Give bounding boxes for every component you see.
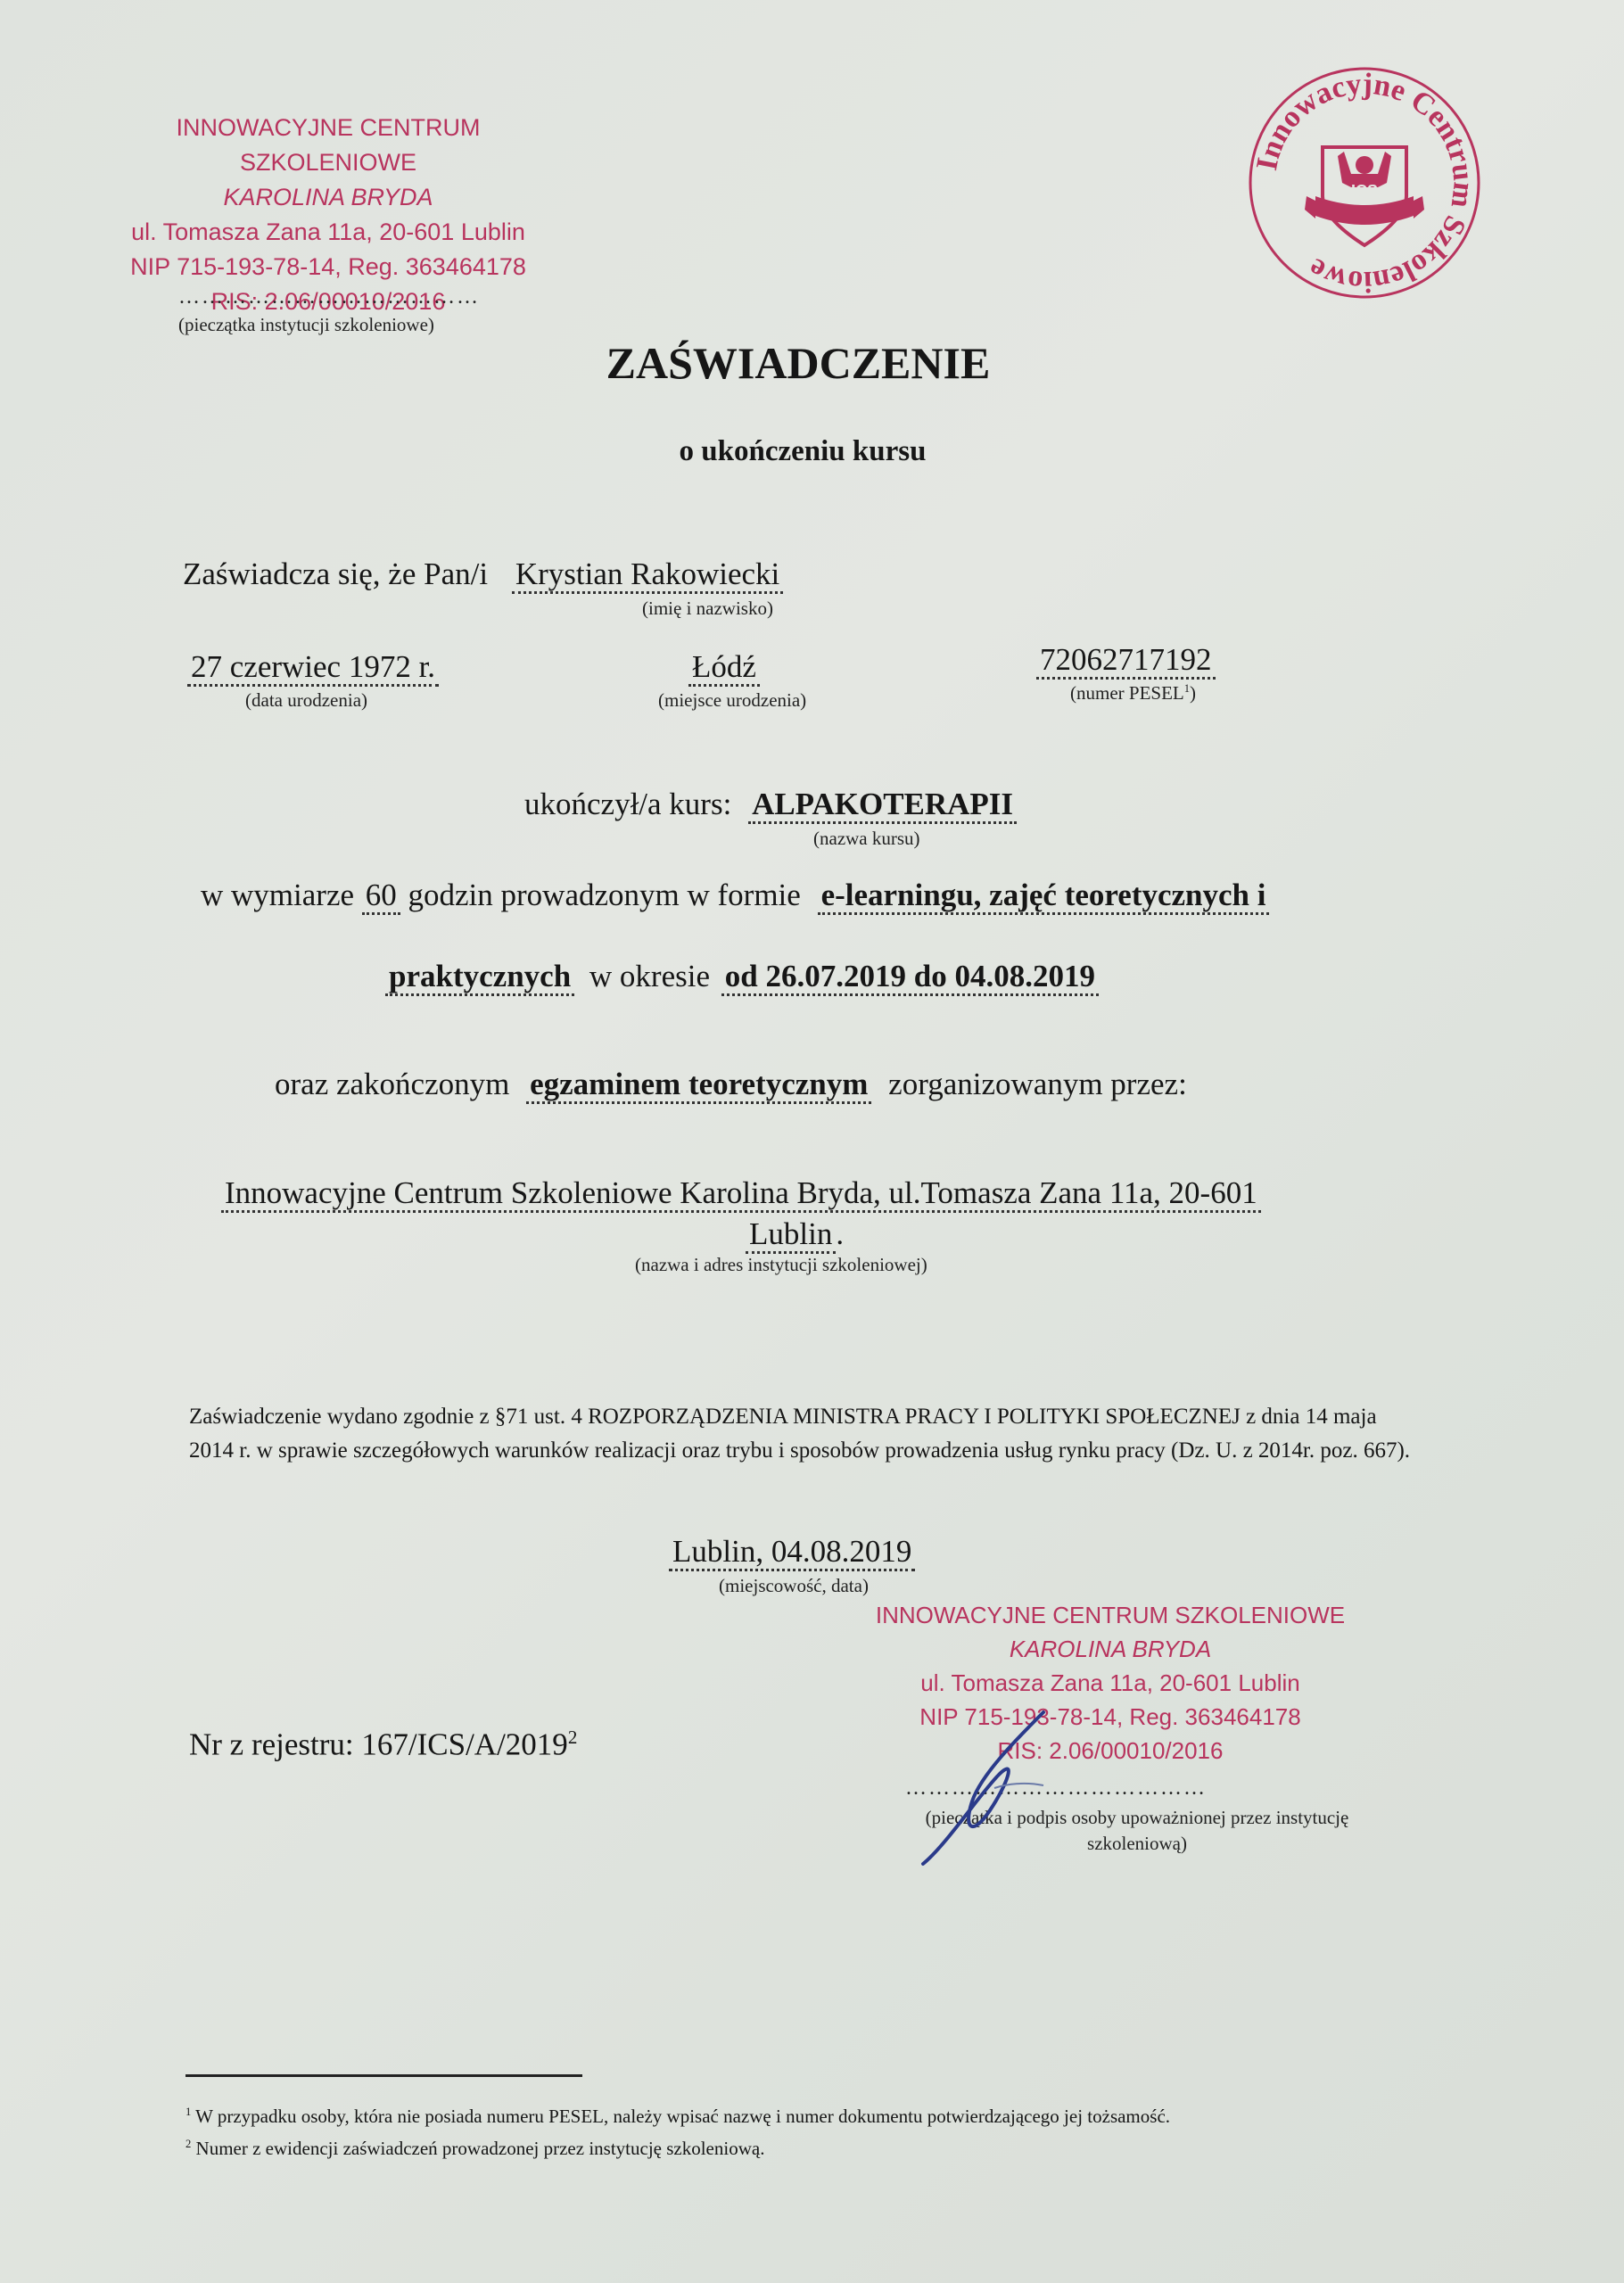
stamp-dotted-line: ………………………………… [178, 285, 480, 309]
footnote-2: 2 Numer z ewidencji zaświadczeń prowadzo… [185, 2128, 764, 2164]
person-name-caption: (imię i nazwisko) [642, 598, 773, 620]
seal-icon: Innowacyjne Centrum Szkoleniowe ICS [1244, 62, 1485, 303]
exam-type: egzaminem teoretycznym [526, 1067, 871, 1104]
place-date-caption: (miejscowość, data) [719, 1575, 869, 1597]
period-line: praktycznych w okresie od 26.07.2019 do … [385, 959, 1099, 994]
hours-form-line: w wymiarze 60 godzin prowadzonym w formi… [201, 878, 1269, 913]
svg-text:ICS: ICS [1351, 182, 1378, 200]
place-date: Lublin, 04.08.2019 [669, 1534, 915, 1570]
pesel-caption: (numer PESEL1) [1070, 682, 1196, 705]
course-period: od 26.07.2019 do 04.08.2019 [721, 959, 1099, 996]
stamp-line-2: KAROLINA BRYDA [96, 180, 560, 215]
intro-text: Zaświadcza się, że Pan/i [183, 556, 488, 591]
pesel-number: 72062717192 [1036, 642, 1216, 678]
stamp-line-4: NIP 715-193-78-14, Reg. 363464178 [96, 250, 560, 284]
person-name: Krystian Rakowiecki [512, 556, 783, 594]
course-hours: 60 [362, 878, 400, 915]
institution-line-2: Lublin. [746, 1216, 844, 1252]
birth-place-caption: (miejsce urodzenia) [658, 689, 806, 712]
footnote-1: 1 W przypadku osoby, która nie posiada n… [185, 2096, 1170, 2132]
course-form-part2: praktycznych [385, 959, 574, 996]
register-number: Nr z rejestru: 167/ICS/A/20192 [189, 1727, 577, 1763]
course-name: ALPAKOTERAPII [748, 787, 1017, 824]
institution-line-1: Innowacyjne Centrum Szkoleniowe Karolina… [221, 1175, 1261, 1211]
stamp-caption: (pieczątka instytucji szkoleniowe) [178, 314, 434, 336]
birth-place: Łódź [688, 649, 760, 685]
stamp-line-1: INNOWACYJNE CENTRUM SZKOLENIOWE [96, 111, 560, 180]
stamp-line-3: ul. Tomasza Zana 11a, 20-601 Lublin [96, 215, 560, 250]
birth-date-caption: (data urodzenia) [245, 689, 367, 712]
institution-caption: (nazwa i adres instytucji szkoleniowej) [635, 1254, 927, 1276]
person-line: Zaświadcza się, że Pan/i Krystian Rakowi… [183, 556, 783, 592]
course-form-part1: e-learningu, zajęć teoretycznych i [818, 878, 1270, 915]
round-seal: Innowacyjne Centrum Szkoleniowe ICS [1244, 62, 1485, 303]
signature-icon [910, 1703, 1070, 1873]
course-name-caption: (nazwa kursu) [813, 828, 920, 850]
legal-basis: Zaświadczenie wydano zgodnie z §71 ust. … [189, 1400, 1411, 1468]
course-line: ukończył/a kurs: ALPAKOTERAPII [524, 787, 1017, 822]
document-subtitle: o ukończeniu kursu [0, 435, 1605, 468]
exam-line: oraz zakończonym egzaminem teoretycznym … [275, 1067, 1187, 1102]
footnote-separator [185, 2074, 582, 2077]
birth-date: 27 czerwiec 1972 r. [187, 649, 439, 685]
document-title: ZAŚWIADCZENIE [0, 337, 1596, 389]
